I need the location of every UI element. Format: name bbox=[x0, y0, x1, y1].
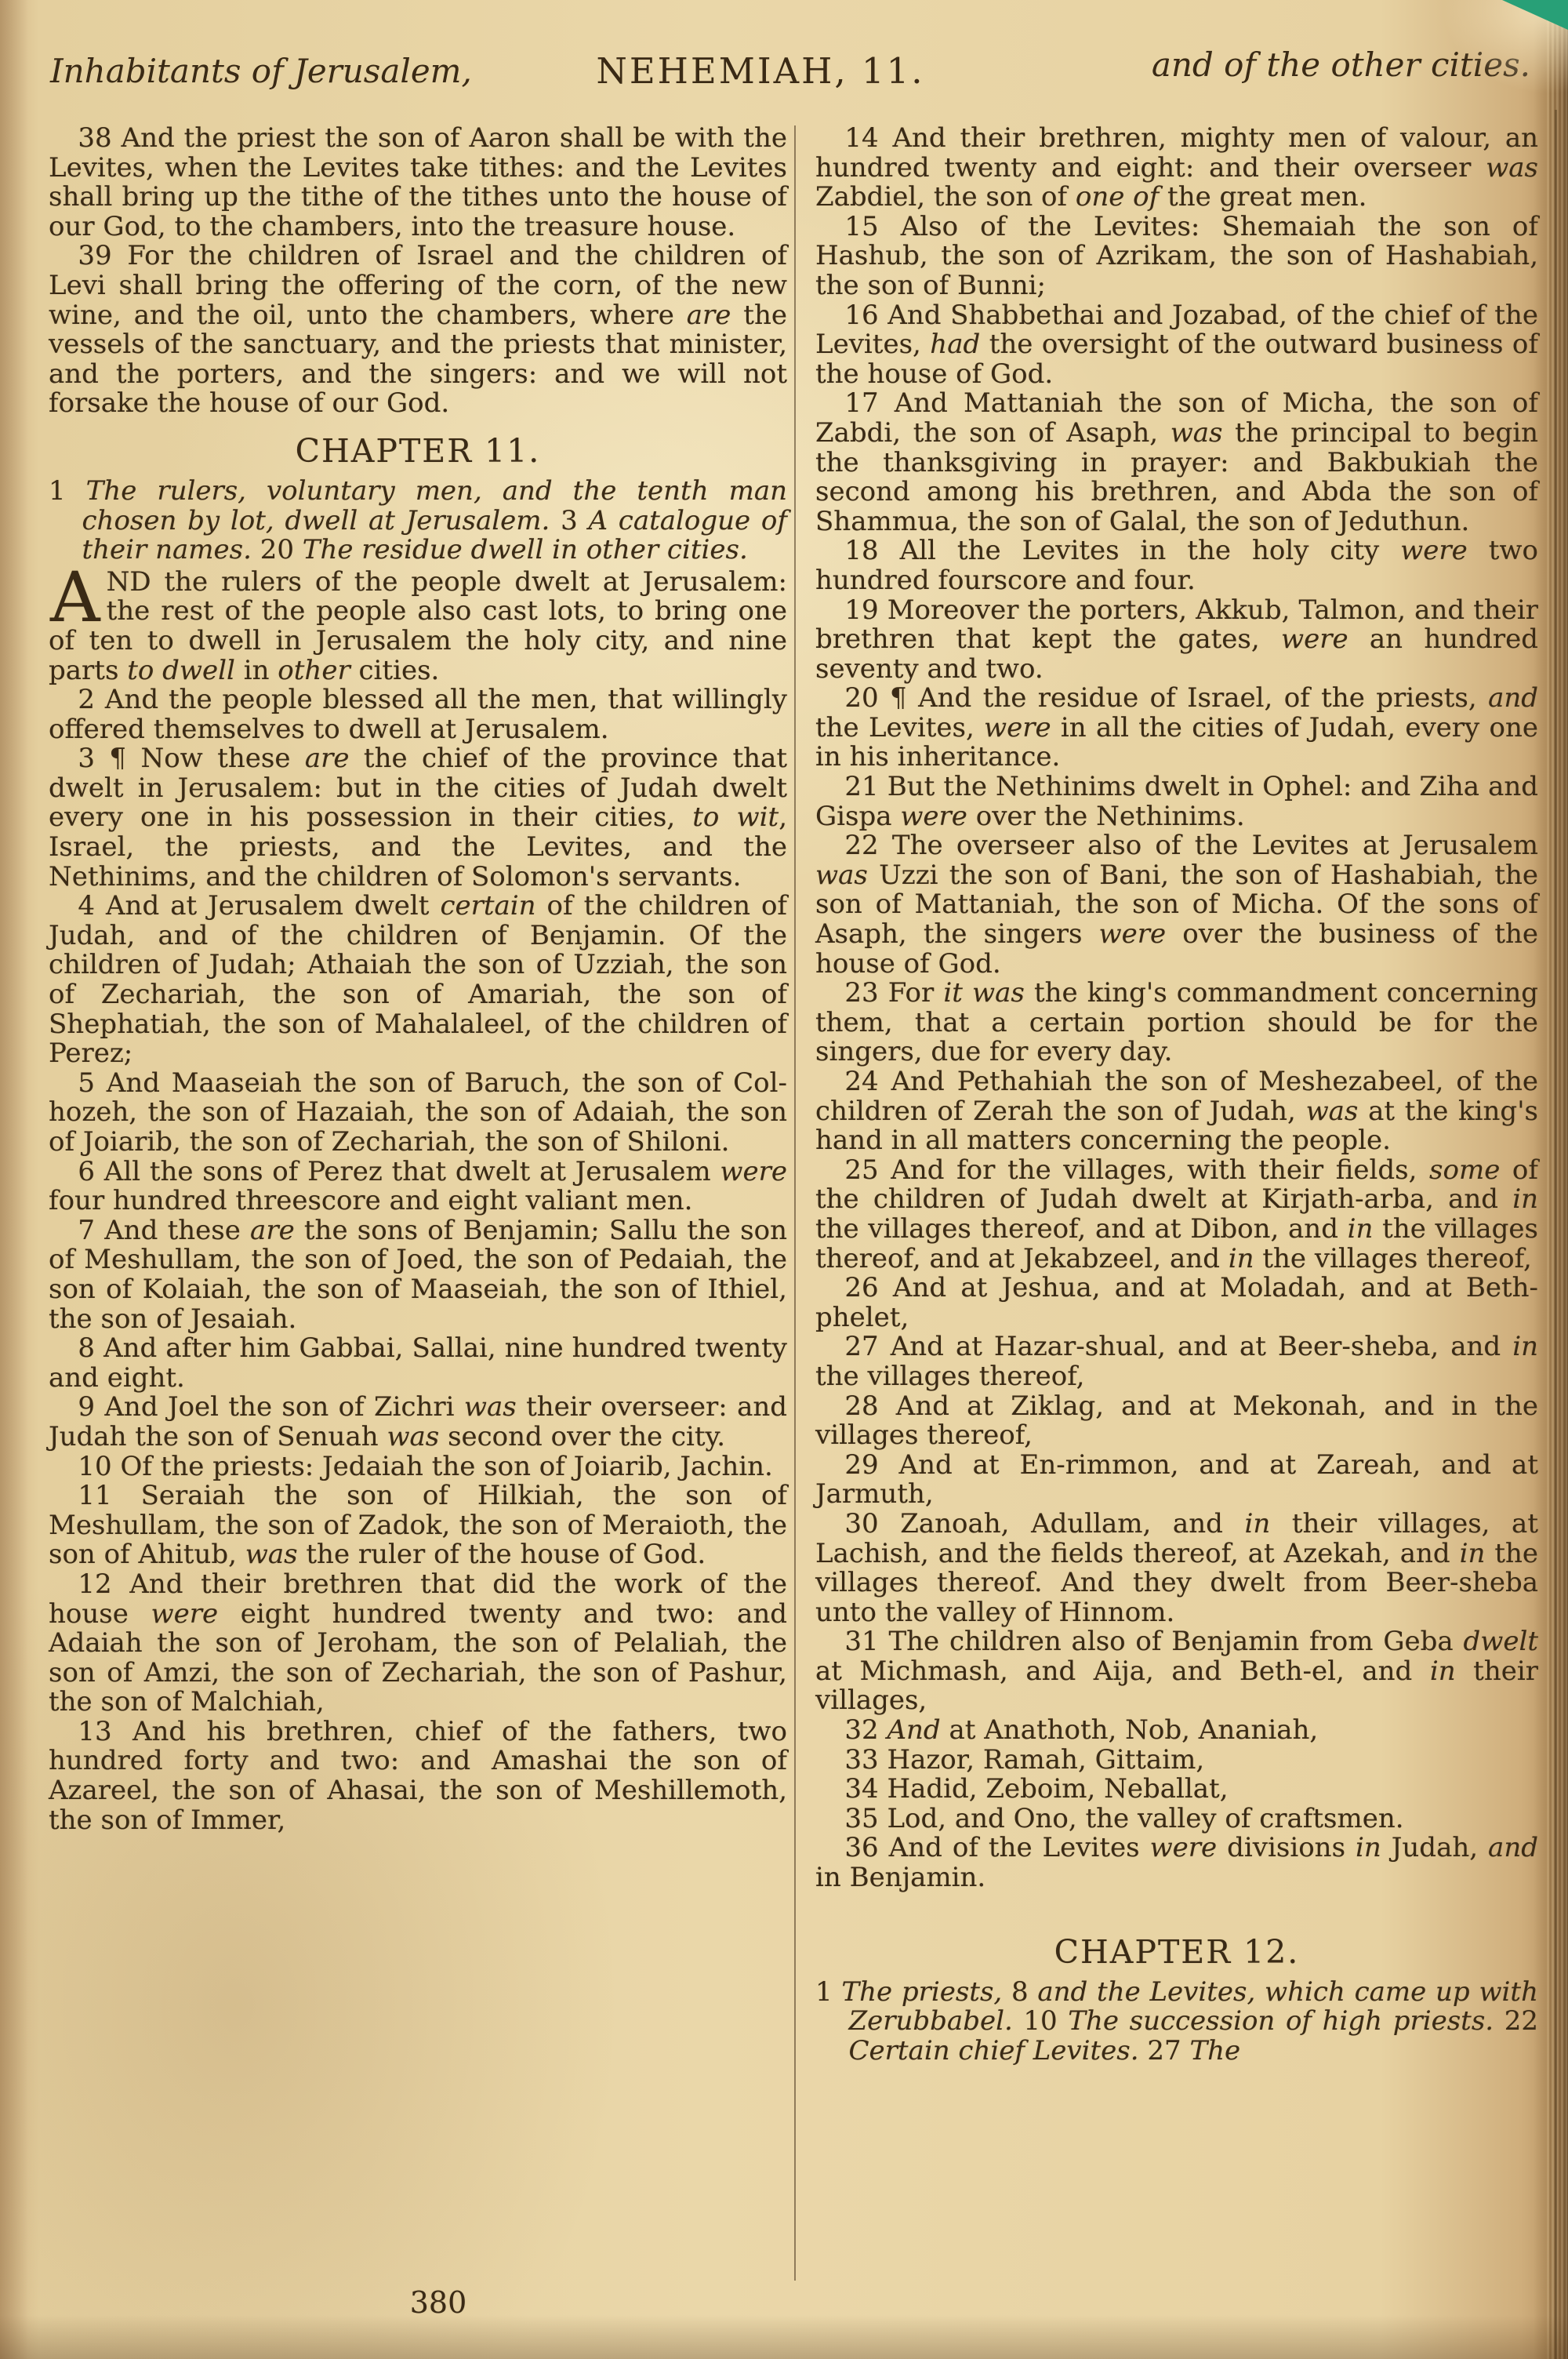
verse: 6 All the sons of Perez that dwelt at Je… bbox=[49, 1158, 787, 1216]
verse: 5 And Maaseiah the son of Baruch, the so… bbox=[49, 1069, 787, 1158]
verse: 19 Moreover the porters, Akkub, Talmon, … bbox=[815, 596, 1538, 685]
verse: 23 For it was the king's commandment con… bbox=[815, 979, 1538, 1067]
verse: 16 And Shabbethai and Jozabad, of the ch… bbox=[815, 301, 1538, 390]
verse-text: ND the rulers of the people dwelt at Jer… bbox=[49, 566, 787, 686]
drop-cap: A bbox=[49, 568, 107, 625]
verse: 2 And the people blessed all the men, th… bbox=[49, 685, 787, 744]
verse: AND the rulers of the people dwelt at Je… bbox=[49, 568, 787, 685]
verse: 29 And at En-rimmon, and at Zareah, and … bbox=[815, 1451, 1538, 1510]
verse: 13 And his brethren, chief of the father… bbox=[49, 1717, 787, 1835]
verse: 25 And for the villages, with their fiel… bbox=[815, 1156, 1538, 1274]
verse: 8 And after him Gabbai, Sallai, nine hun… bbox=[49, 1334, 787, 1393]
verse: 30 Zanoah, Adullam, and in their village… bbox=[815, 1510, 1538, 1627]
verse: 18 All the Levites in the holy city were… bbox=[815, 536, 1538, 595]
left-column: 38 And the priest the son of Aaron shall… bbox=[49, 124, 787, 1835]
verse: 7 And these are the sons of Benjamin; Sa… bbox=[49, 1216, 787, 1334]
chapter-12-heading: CHAPTER 12. bbox=[815, 1934, 1538, 1970]
verse: 22 The overseer also of the Levites at J… bbox=[815, 831, 1538, 979]
verse: 33 Hazor, Ramah, Gittaim, bbox=[815, 1746, 1538, 1776]
bottom-shadow bbox=[0, 2315, 1568, 2359]
verse: 20 ¶ And the residue of Israel, of the p… bbox=[815, 684, 1538, 772]
verse: 26 And at Jeshua, and at Moladah, and at… bbox=[815, 1274, 1538, 1332]
right-column: 14 And their brethren, mighty men of val… bbox=[815, 124, 1538, 2068]
verse: 31 The children also of Benjamin from Ge… bbox=[815, 1627, 1538, 1716]
verse: 36 And of the Levites were divisions in … bbox=[815, 1834, 1538, 1892]
chapter11-verses-left: 2 And the people blessed all the men, th… bbox=[49, 685, 787, 1835]
verse: 9 And Joel the son of Zichri was their o… bbox=[49, 1393, 787, 1452]
chapter-11-summary: 1 The rulers, voluntary men, and the ten… bbox=[49, 477, 787, 565]
verse: 4 And at Jerusalem dwelt certain of the … bbox=[49, 892, 787, 1069]
verse: 39 For the children of Israel and the ch… bbox=[49, 242, 787, 419]
chapter10-continued-verses: 38 And the priest the son of Aaron shall… bbox=[49, 124, 787, 419]
chapter-11-heading: CHAPTER 11. bbox=[49, 433, 787, 469]
verse: 28 And at Ziklag, and at Mekonah, and in… bbox=[815, 1392, 1538, 1451]
verse: 12 And their brethren that did the work … bbox=[49, 1570, 787, 1717]
verse: 27 And at Hazar-shual, and at Beer-sheba… bbox=[815, 1332, 1538, 1391]
verse: 11 Seraiah the son of Hilkiah, the son o… bbox=[49, 1481, 787, 1570]
page-edge-line bbox=[1555, 110, 1557, 2359]
verse: 34 Hadid, Zeboim, Neballat, bbox=[815, 1775, 1538, 1805]
verse: 24 And Pethahiah the son of Meshezabeel,… bbox=[815, 1067, 1538, 1156]
verse: 21 But the Nethinims dwelt in Ophel: and… bbox=[815, 772, 1538, 831]
stacked-page-edges bbox=[1547, 0, 1567, 2359]
verse: 35 Lod, and Ono, the valley of craftsmen… bbox=[815, 1805, 1538, 1834]
verse: 38 And the priest the son of Aaron shall… bbox=[49, 124, 787, 242]
gutter-shadow bbox=[0, 0, 28, 2359]
verse: 14 And their brethren, mighty men of val… bbox=[815, 124, 1538, 213]
verse: 17 And Mattaniah the son of Micha, the s… bbox=[815, 389, 1538, 536]
verse: 10 Of the priests: Jedaiah the son of Jo… bbox=[49, 1452, 787, 1482]
column-divider-line bbox=[794, 125, 796, 2281]
chapter11-verses-right: 14 And their brethren, mighty men of val… bbox=[815, 124, 1538, 1893]
chapter-12-summary: 1 The priests, 8 and the Levites, which … bbox=[815, 1978, 1538, 2066]
verse: 15 Also of the Levites: Shemaiah the son… bbox=[815, 213, 1538, 301]
book-page: Inhabitants of Jerusalem, NEHEMIAH, 11. … bbox=[0, 0, 1568, 2359]
verse: 32 And at Anathoth, Nob, Ananiah, bbox=[815, 1716, 1538, 1746]
verse: 3 ¶ Now these are the chief of the provi… bbox=[49, 744, 787, 892]
